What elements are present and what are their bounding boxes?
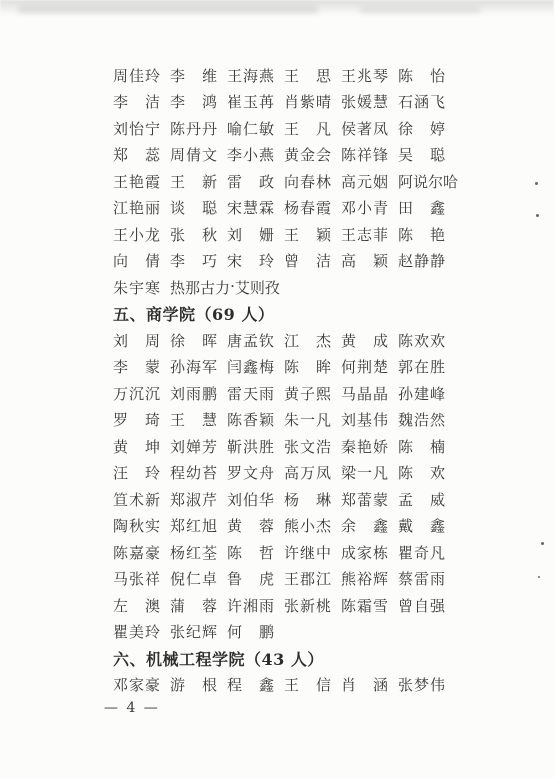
- person-name: 万沉沉: [113, 383, 160, 404]
- person-name: 朱宇寒: [113, 277, 160, 298]
- scan-shade-top: [0, 0, 554, 16]
- person-name: 黄蓉: [227, 515, 274, 536]
- name-row: 郑蕊周倩文李小燕黄金会陈祥锋吴聪: [113, 142, 533, 169]
- person-name: 王艳霞: [113, 171, 160, 192]
- person-name: 孟威: [398, 489, 445, 510]
- name-list: 周佳玲李维王海燕王思王兆琴陈怡李洁李鸿崔玉苒肖紫晴张媛慧石涵飞刘怡宁陈丹丹喻仁敏…: [113, 62, 533, 698]
- name-row: 刘周徐晖唐孟钦江杰黄成陈欢欢: [113, 327, 533, 354]
- person-name: 王兆琴: [341, 65, 388, 86]
- person-name: 陈香颖: [227, 409, 274, 430]
- person-name: 何荆楚: [341, 356, 388, 377]
- person-name: 陈祥锋: [341, 144, 388, 165]
- person-name: 刘基伟: [341, 409, 388, 430]
- person-name: 田鑫: [398, 197, 445, 218]
- person-name: 游根: [170, 674, 217, 695]
- scanned-document-page: 周佳玲李维王海燕王思王兆琴陈怡李洁李鸿崔玉苒肖紫晴张媛慧石涵飞刘怡宁陈丹丹喻仁敏…: [0, 0, 554, 778]
- person-name: 宋玲: [227, 250, 274, 271]
- person-name: 刘怡宁: [113, 118, 160, 139]
- name-row: 瞿美玲张纪辉何鹏: [113, 619, 533, 646]
- person-name: 鲁虎: [227, 568, 274, 589]
- person-name: 陈眸: [284, 356, 331, 377]
- person-name: 周佳玲: [113, 65, 160, 86]
- person-name: 李小燕: [227, 144, 274, 165]
- person-name: 高元姻: [341, 171, 388, 192]
- person-name: 陈楠: [398, 436, 445, 457]
- person-name: 余鑫: [341, 515, 388, 536]
- name-row: 陈嘉豪杨红荃陈哲许继中成家栋瞿奇凡: [113, 539, 533, 566]
- person-name: 陈嘉豪: [113, 542, 160, 563]
- person-name: 吴聪: [398, 144, 445, 165]
- name-row: 笪术新郑淑芹刘伯华杨琳郑蕾蒙孟威: [113, 486, 533, 513]
- name-row: 万沉沉刘雨鹏雷天雨黄子熙马晶晶孙建峰: [113, 380, 533, 407]
- person-name: 王新: [170, 171, 217, 192]
- person-name: 陈霜雪: [341, 595, 388, 616]
- scan-smudge: [360, 7, 480, 13]
- person-name: 熊小杰: [284, 515, 331, 536]
- person-name: 黄成: [341, 330, 388, 351]
- person-name: 邓家豪: [113, 674, 160, 695]
- person-name: 陈丹丹: [170, 118, 217, 139]
- person-name: 秦艳娇: [341, 436, 388, 457]
- person-name: 笪术新: [113, 489, 160, 510]
- person-name: 戴鑫: [398, 515, 445, 536]
- person-name: 李鸿: [170, 91, 217, 112]
- name-row: 江艳丽谈聪宋慧霖杨春霞邓小青田鑫: [113, 195, 533, 222]
- name-row: 王小龙张秋刘姗王颖王志菲陈艳: [113, 221, 533, 248]
- person-name: 李巧: [170, 250, 217, 271]
- person-name: 唐孟钦: [227, 330, 274, 351]
- name-row: 刘怡宁陈丹丹喻仁敏王凡侯著凤徐婷: [113, 115, 533, 142]
- person-name: 张秋: [170, 224, 217, 245]
- person-name: 许湘雨: [227, 595, 274, 616]
- person-name: 徐婷: [398, 118, 445, 139]
- person-name: 宋慧霖: [227, 197, 274, 218]
- person-name: 孙建峰: [398, 383, 445, 404]
- name-row: 马张祥倪仁卓鲁虎王郡江熊裕辉蔡雷雨: [113, 566, 533, 593]
- person-name: 肖紫晴: [284, 91, 331, 112]
- person-name: 王郡江: [284, 568, 331, 589]
- person-name: 靳洪胜: [227, 436, 274, 457]
- person-name: 徐晖: [170, 330, 217, 351]
- person-name: 王海燕: [227, 65, 274, 86]
- person-name: 王慧: [170, 409, 217, 430]
- person-name: 崔玉苒: [227, 91, 274, 112]
- person-name: 谈聪: [170, 197, 217, 218]
- person-name: 蔡雷雨: [398, 568, 445, 589]
- section-header: 五、商学院（69 人）: [113, 301, 533, 328]
- page-number: — 4 —: [104, 700, 160, 716]
- person-name: 张文浩: [284, 436, 331, 457]
- person-name: 朱一凡: [284, 409, 331, 430]
- person-name: 蒲蓉: [170, 595, 217, 616]
- person-name: 张纪辉: [170, 621, 217, 642]
- person-name: 程幼苔: [170, 462, 217, 483]
- person-name: 瞿美玲: [113, 621, 160, 642]
- person-name: 向倩: [113, 250, 160, 271]
- person-name: 刘伯华: [227, 489, 274, 510]
- person-name: 李维: [170, 65, 217, 86]
- person-name: 许继中: [284, 542, 331, 563]
- person-name: 马晶晶: [341, 383, 388, 404]
- person-name: 刘雨鹏: [170, 383, 217, 404]
- name-row: 左澳蒲蓉许湘雨张新桃陈霜雪曾自强: [113, 592, 533, 619]
- person-name: 王信: [284, 674, 331, 695]
- person-name: 郑蕊: [113, 144, 160, 165]
- person-name: 江艳丽: [113, 197, 160, 218]
- person-name: 左澳: [113, 595, 160, 616]
- person-name: 陈欢欢: [398, 330, 445, 351]
- name-row: 李洁李鸿崔玉苒肖紫晴张媛慧石涵飞: [113, 89, 533, 116]
- person-name: 王颖: [284, 224, 331, 245]
- name-row: 向倩李巧宋玲曾洁高颖赵静静: [113, 248, 533, 275]
- person-name: 雷政: [227, 171, 274, 192]
- person-name: 石涵飞: [398, 91, 445, 112]
- person-name: 高颖: [341, 250, 388, 271]
- person-name: 刘周: [113, 330, 160, 351]
- person-name: 熊裕辉: [341, 568, 388, 589]
- person-name: 倪仁卓: [170, 568, 217, 589]
- person-name: 热那古力·艾则孜: [170, 277, 280, 298]
- name-row: 周佳玲李维王海燕王思王兆琴陈怡: [113, 62, 533, 89]
- person-name: 陈艳: [398, 224, 445, 245]
- person-name: 刘婵芳: [170, 436, 217, 457]
- person-name: 闫鑫梅: [227, 356, 274, 377]
- person-name: 曾洁: [284, 250, 331, 271]
- person-name: 罗琦: [113, 409, 160, 430]
- person-name: 阿说尔哈: [398, 171, 458, 192]
- person-name: 李蒙: [113, 356, 160, 377]
- person-name: 向春林: [284, 171, 331, 192]
- person-name: 黄坤: [113, 436, 160, 457]
- person-name: 喻仁敏: [227, 118, 274, 139]
- person-name: 高万凤: [284, 462, 331, 483]
- name-row: 罗琦王慧陈香颖朱一凡刘基伟魏浩然: [113, 407, 533, 434]
- person-name: 黄子熙: [284, 383, 331, 404]
- person-name: 曾自强: [398, 595, 445, 616]
- name-row: 陶秋实郑红旭黄蓉熊小杰余鑫戴鑫: [113, 513, 533, 540]
- person-name: 郑红旭: [170, 515, 217, 536]
- name-row: 汪玲程幼苔罗文舟高万凤梁一凡陈欢: [113, 460, 533, 487]
- person-name: 李洁: [113, 91, 160, 112]
- person-name: 魏浩然: [398, 409, 445, 430]
- scan-smudge: [18, 6, 318, 13]
- person-name: 汪玲: [113, 462, 160, 483]
- person-name: 黄金会: [284, 144, 331, 165]
- person-name: 陈哲: [227, 542, 274, 563]
- person-name: 郭在胜: [398, 356, 445, 377]
- person-name: 江杰: [284, 330, 331, 351]
- name-row: 王艳霞王新雷政向春林高元姻阿说尔哈: [113, 168, 533, 195]
- person-name: 程鑫: [227, 674, 274, 695]
- person-name: 王凡: [284, 118, 331, 139]
- person-name: 成家栋: [341, 542, 388, 563]
- person-name: 马张祥: [113, 568, 160, 589]
- person-name: 梁一凡: [341, 462, 388, 483]
- person-name: 郑淑芹: [170, 489, 217, 510]
- person-name: 刘姗: [227, 224, 274, 245]
- person-name: 杨红荃: [170, 542, 217, 563]
- person-name: 陈怡: [398, 65, 445, 86]
- person-name: 孙海军: [170, 356, 217, 377]
- person-name: 罗文舟: [227, 462, 274, 483]
- scan-speck: [535, 182, 538, 185]
- person-name: 王思: [284, 65, 331, 86]
- name-row: 李蒙孙海军闫鑫梅陈眸何荆楚郭在胜: [113, 354, 533, 381]
- name-row: 黄坤刘婵芳靳洪胜张文浩秦艳娇陈楠: [113, 433, 533, 460]
- scan-speck: [538, 576, 540, 578]
- person-name: 张媛慧: [341, 91, 388, 112]
- section-header: 六、机械工程学院（43 人）: [113, 645, 533, 672]
- person-name: 陈欢: [398, 462, 445, 483]
- person-name: 杨琳: [284, 489, 331, 510]
- person-name: 肖涵: [341, 674, 388, 695]
- name-row: 朱宇寒热那古力·艾则孜: [113, 274, 533, 301]
- person-name: 侯著凤: [341, 118, 388, 139]
- person-name: 赵静静: [398, 250, 445, 271]
- person-name: 王志菲: [341, 224, 388, 245]
- person-name: 邓小青: [341, 197, 388, 218]
- scan-speck: [536, 214, 539, 217]
- person-name: 杨春霞: [284, 197, 331, 218]
- person-name: 张梦伟: [398, 674, 445, 695]
- scan-speck: [541, 542, 544, 545]
- person-name: 雷天雨: [227, 383, 274, 404]
- person-name: 何鹏: [227, 621, 274, 642]
- person-name: 陶秋实: [113, 515, 160, 536]
- person-name: 郑蕾蒙: [341, 489, 388, 510]
- person-name: 瞿奇凡: [398, 542, 445, 563]
- name-row: 邓家豪游根程鑫王信肖涵张梦伟: [113, 672, 533, 699]
- person-name: 张新桃: [284, 595, 331, 616]
- person-name: 王小龙: [113, 224, 160, 245]
- person-name: 周倩文: [170, 144, 217, 165]
